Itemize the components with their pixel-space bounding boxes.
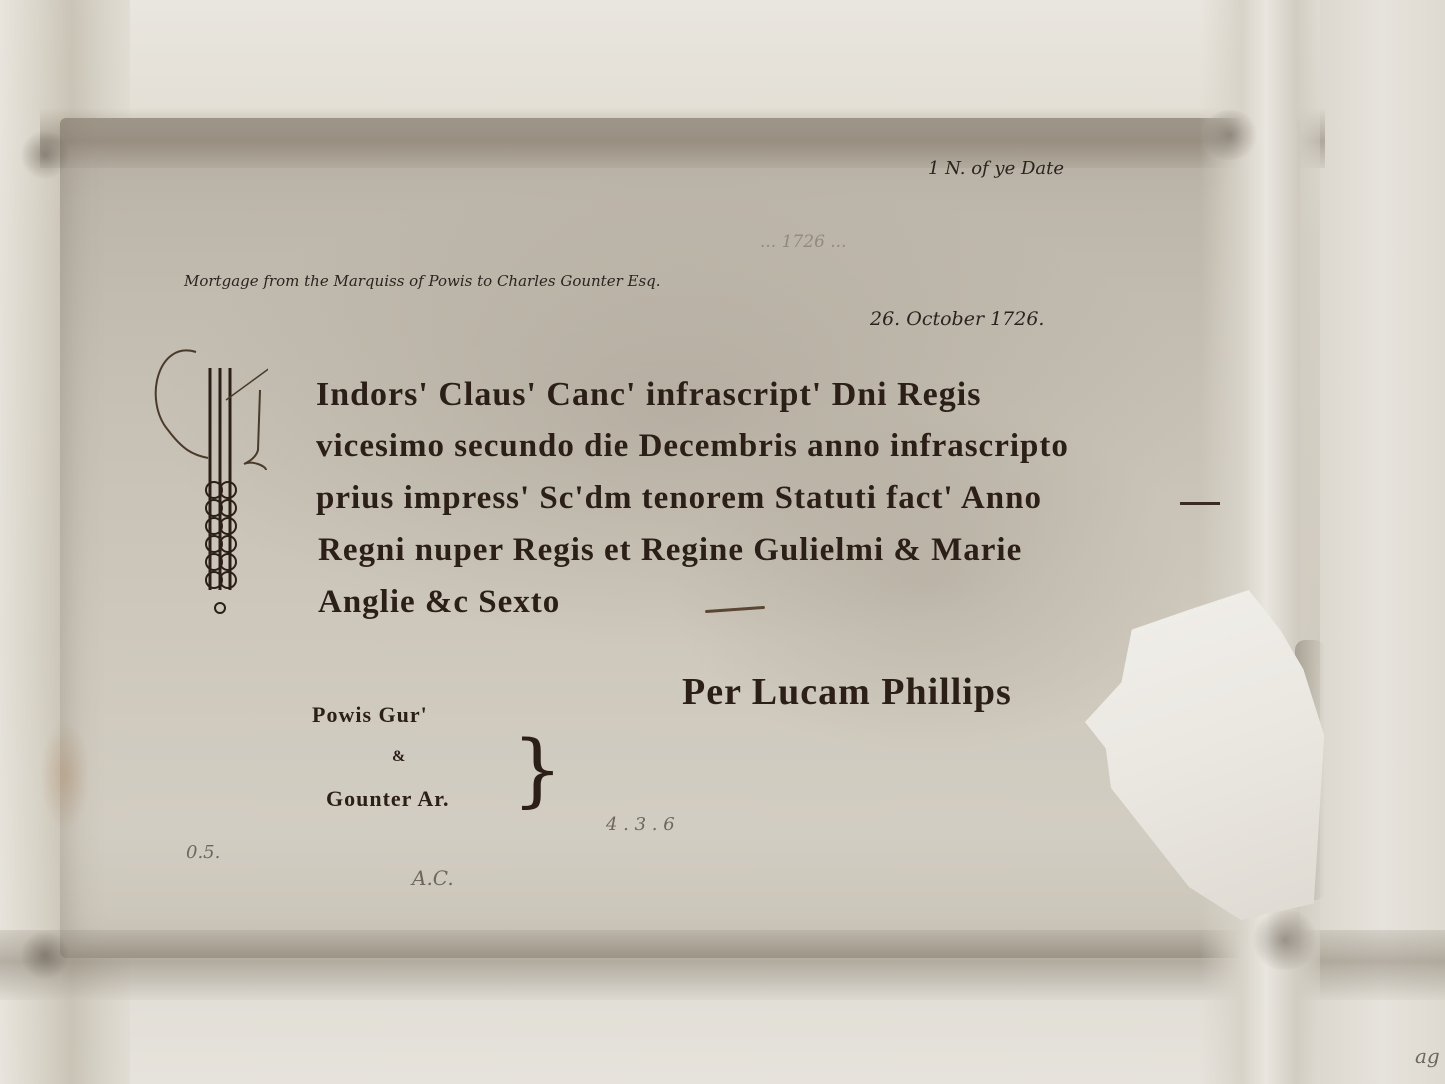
brace-symbol: } <box>512 730 563 810</box>
document-date: 26. October 1726. <box>870 308 1044 330</box>
party-name-powis: Powis Gur' <box>312 702 428 728</box>
body-line-4: Regni nuper Regis et Regine Gulielmi & M… <box>318 532 1022 569</box>
pencil-mark-center: A.C. <box>412 866 454 890</box>
pencil-mark-left: 0.5. <box>186 842 220 863</box>
rust-stain <box>40 720 90 830</box>
faded-line: ... 1726 ... <box>760 232 847 252</box>
party-name-gounter: Gounter Ar. <box>326 786 449 812</box>
body-line-2: vicesimo secundo die Decembris anno infr… <box>316 428 1069 465</box>
body-line-1: Indors' Claus' Canc' infrascript' Dni Re… <box>316 376 981 414</box>
crinkle-top-right <box>1200 110 1260 160</box>
reference-note: 1 N. of ye Date <box>928 158 1064 179</box>
body-line-5: Anglie &c Sexto <box>318 584 560 621</box>
body-line-3: prius impress' Sc'dm tenorem Statuti fac… <box>316 480 1042 517</box>
parchment-photo: 1 N. of ye Date ... 1726 ... Mortgage fr… <box>0 0 1445 1084</box>
pencil-numbers: 4 . 3 . 6 <box>606 814 675 835</box>
crinkle-top-left <box>20 130 70 180</box>
party-ampersand: & <box>392 748 406 766</box>
crinkle-bottom-left <box>20 930 70 980</box>
docket-title: Mortgage from the Marquiss of Powis to C… <box>184 272 661 290</box>
line-filler-dash <box>1180 502 1220 505</box>
crinkle-bottom-right <box>1250 910 1320 970</box>
decorated-initial-icon <box>148 340 268 620</box>
right-paper-strip <box>1320 0 1445 1084</box>
top-fold-shadow <box>40 108 1325 168</box>
pencil-mark-corner: ag <box>1415 1044 1440 1068</box>
clerk-signature: Per Lucam Phillips <box>682 670 1012 714</box>
